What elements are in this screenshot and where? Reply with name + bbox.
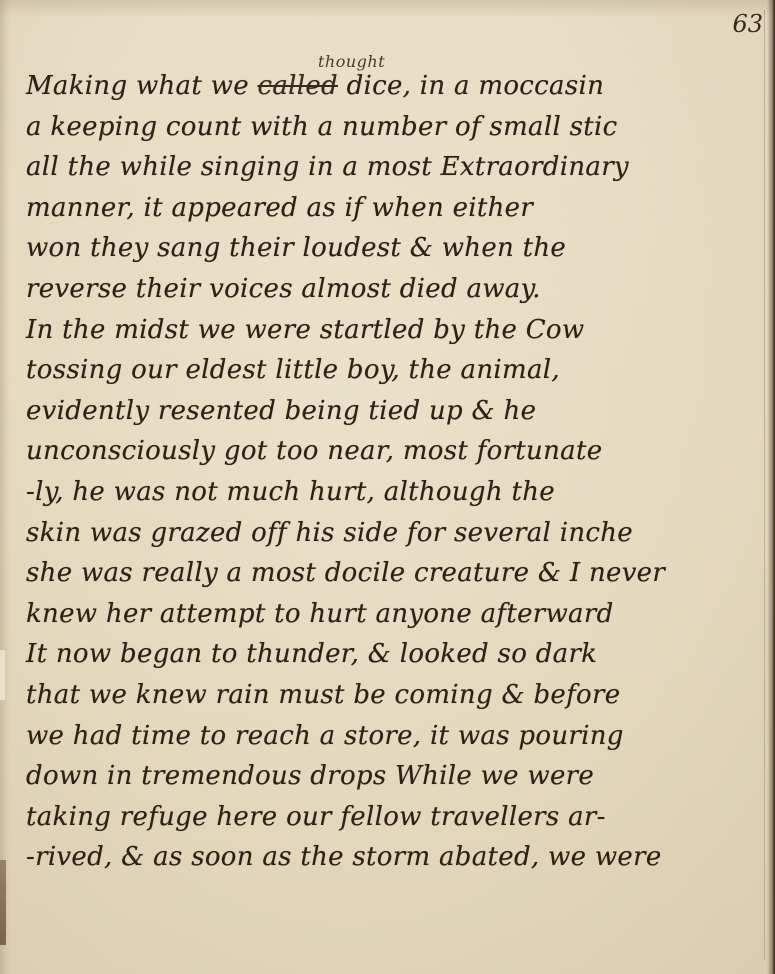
page-binding-edge <box>0 0 10 974</box>
text-line-5: won they sang their loudest & when the <box>26 228 775 269</box>
handwritten-text-body: Making what we called dice, in a moccasi… <box>26 66 775 878</box>
line-1-end: dice, in a moccasin <box>338 71 604 101</box>
text-line-3: all the while singing in a most Extraord… <box>26 147 775 188</box>
text-line-19: taking refuge here our fellow travellers… <box>26 797 775 838</box>
text-line-10: unconsciously got too near, most fortuna… <box>26 431 775 472</box>
text-line-9: evidently resented being tied up & he <box>26 391 775 432</box>
text-line-1: Making what we called dice, in a moccasi… <box>26 66 775 107</box>
text-line-6: reverse their voices almost died away. <box>26 269 775 310</box>
text-line-4: manner, it appeared as if when either <box>26 188 775 229</box>
struck-through-word: called <box>257 71 338 101</box>
page-number: 63 <box>732 10 763 38</box>
binding-stain <box>0 860 6 945</box>
manuscript-page: 63 thought Making what we called dice, i… <box>0 0 775 974</box>
text-line-2: a keeping count with a number of small s… <box>26 107 775 148</box>
page-top-shadow <box>0 0 775 18</box>
text-line-15: It now began to thunder, & looked so dar… <box>26 634 775 675</box>
text-line-18: down in tremendous drops While we were <box>26 756 775 797</box>
text-line-16: that we knew rain must be coming & befor… <box>26 675 775 716</box>
text-line-17: we had time to reach a store, it was pou… <box>26 716 775 757</box>
text-line-11: -ly, he was not much hurt, although the <box>26 472 775 513</box>
binding-paper-tab <box>0 650 5 700</box>
text-line-13: she was really a most docile creature & … <box>26 553 775 594</box>
text-line-7: In the midst we were startled by the Cow <box>26 310 775 351</box>
line-1-start: Making what we <box>26 71 257 101</box>
text-line-14: knew her attempt to hurt anyone afterwar… <box>26 594 775 635</box>
text-line-20: -rived, & as soon as the storm abated, w… <box>26 837 775 878</box>
text-line-12: skin was grazed off his side for several… <box>26 513 775 554</box>
text-line-8: tossing our eldest little boy, the anima… <box>26 350 775 391</box>
